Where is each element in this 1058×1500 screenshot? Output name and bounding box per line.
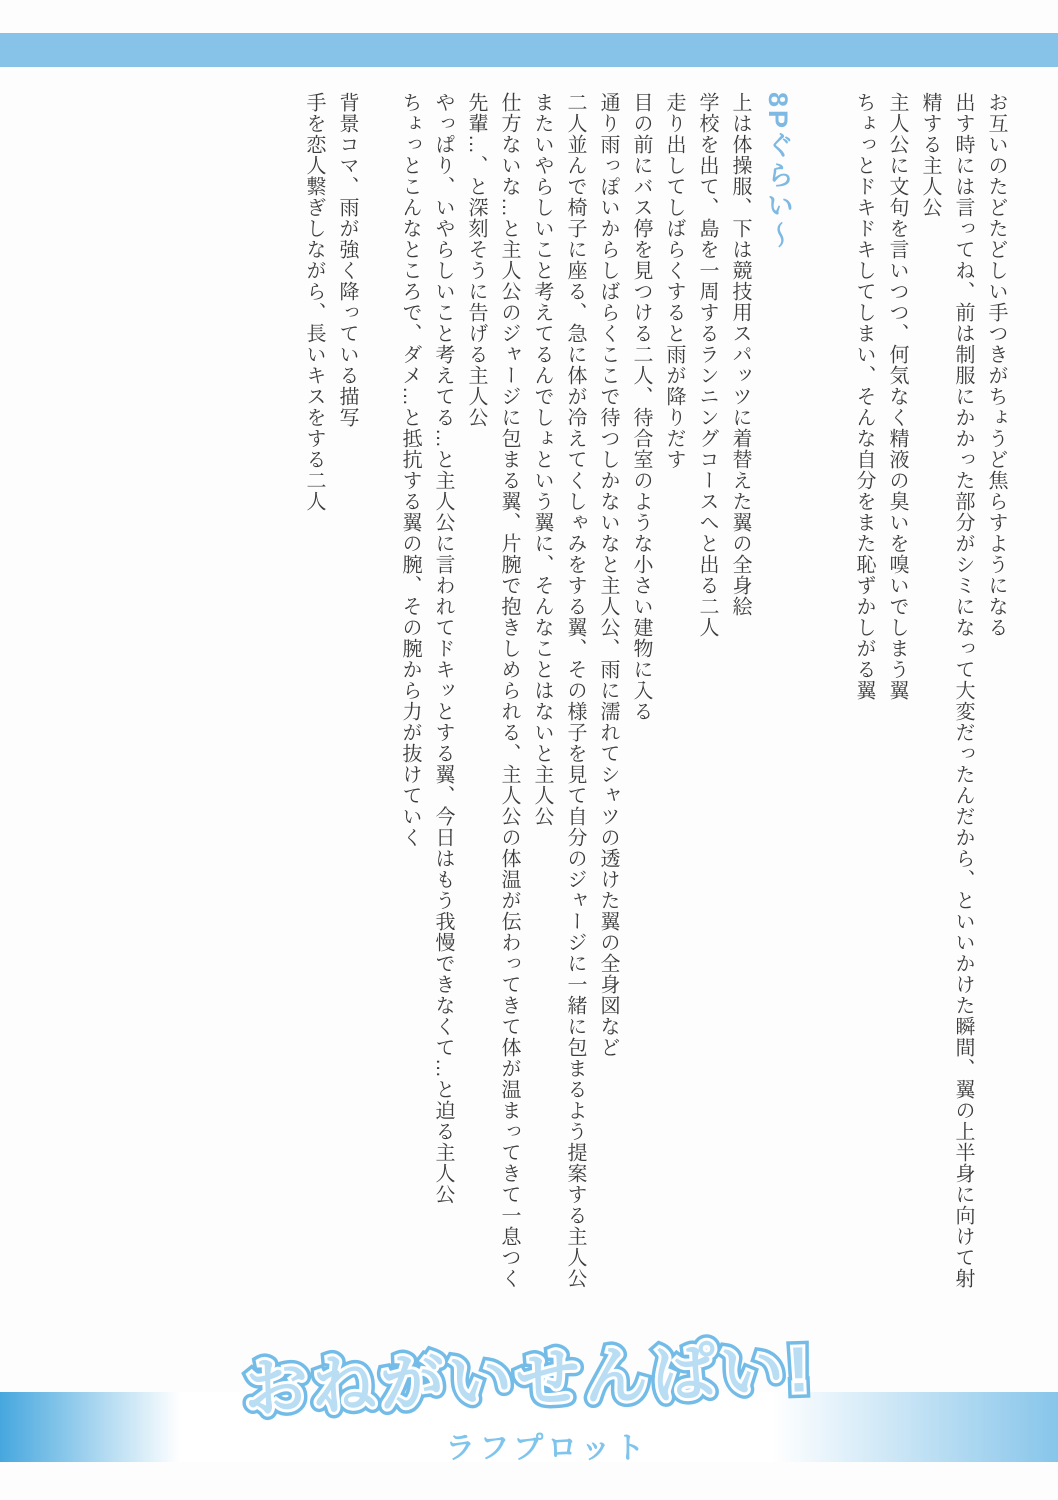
plot-line: 先輩…、と深刻そうに告げる主人公 xyxy=(465,92,487,1364)
plot-line: 学校を出て、島を一周するランニングコースへと出る二人 xyxy=(696,92,718,1364)
plot-line: 走り出してしばらくすると雨が降りだす xyxy=(663,92,685,1364)
page-count-heading: 8Pぐらい～ xyxy=(762,92,793,1364)
plot-line: 目の前にバス停を見つける二人、待合室のような小さい建物に入る xyxy=(630,92,652,1364)
plot-line: お互いのたどたどしい手つきがちょうど焦らすようになる xyxy=(985,92,1007,1364)
plot-text-body: お互いのたどたどしい手つきがちょうど焦らすようになる 出す時には言ってね、前は制… xyxy=(292,92,1018,1364)
plot-line: ちょっとこんなところで、ダメ…と抵抗する翼の腕、その腕から力が抜けていく xyxy=(399,92,421,1364)
top-accent-bar xyxy=(0,33,1058,67)
plot-line: 出す時には言ってね、前は制服にかかった部分がシミになって大変だったんだから、とい… xyxy=(952,92,974,1364)
logo-title: おねがいせんぱい! おねがいせんぱい! おねがいせんぱい! xyxy=(243,1328,815,1431)
plot-line: 主人公に文句を言いつつ、何気なく精液の臭いを嗅いでしまう翼 xyxy=(886,92,908,1364)
plot-line: 通り雨っぽいからしばらくここで待つしかないなと主人公、雨に濡れてシャツの透けた翼… xyxy=(597,92,619,1364)
plot-line: ちょっとドキドキしてしまい、そんな自分をまた恥ずかしがる翼 xyxy=(853,92,875,1364)
plot-line: 上は体操服、下は競技用スパッツに着替えた翼の全身絵 xyxy=(729,92,751,1364)
logo-block: おねがいせんぱい! おねがいせんぱい! おねがいせんぱい! ラフプロット xyxy=(0,1338,1058,1467)
plot-page: お互いのたどたどしい手つきがちょうど焦らすようになる 出す時には言ってね、前は制… xyxy=(0,0,1058,1500)
logo-subtitle: ラフプロット xyxy=(18,1423,1058,1467)
plot-line: 背景コマ、雨が強く降っている描写 xyxy=(336,92,358,1364)
plot-line: やっぱり、いやらしいこと考えてる…と主人公に言われてドキッとする翼、今日はもう我… xyxy=(432,92,454,1364)
plot-line: またいやらしいこと考えてるんでしょという翼に、そんなことはないと主人公 xyxy=(531,92,553,1364)
plot-line: 手を恋人繋ぎしながら、長いキスをする二人 xyxy=(303,92,325,1364)
plot-line: 精する主人公 xyxy=(919,92,941,1364)
plot-line: 二人並んで椅子に座る、急に体が冷えてくしゃみをする翼、その様子を見て自分のジャー… xyxy=(564,92,586,1364)
plot-line: 仕方ないな…と主人公のジャージに包まる翼、片腕で抱きしめられる、主人公の体温が伝… xyxy=(498,92,520,1364)
logo-title-fill: おねがいせんぱい! xyxy=(243,1328,815,1431)
